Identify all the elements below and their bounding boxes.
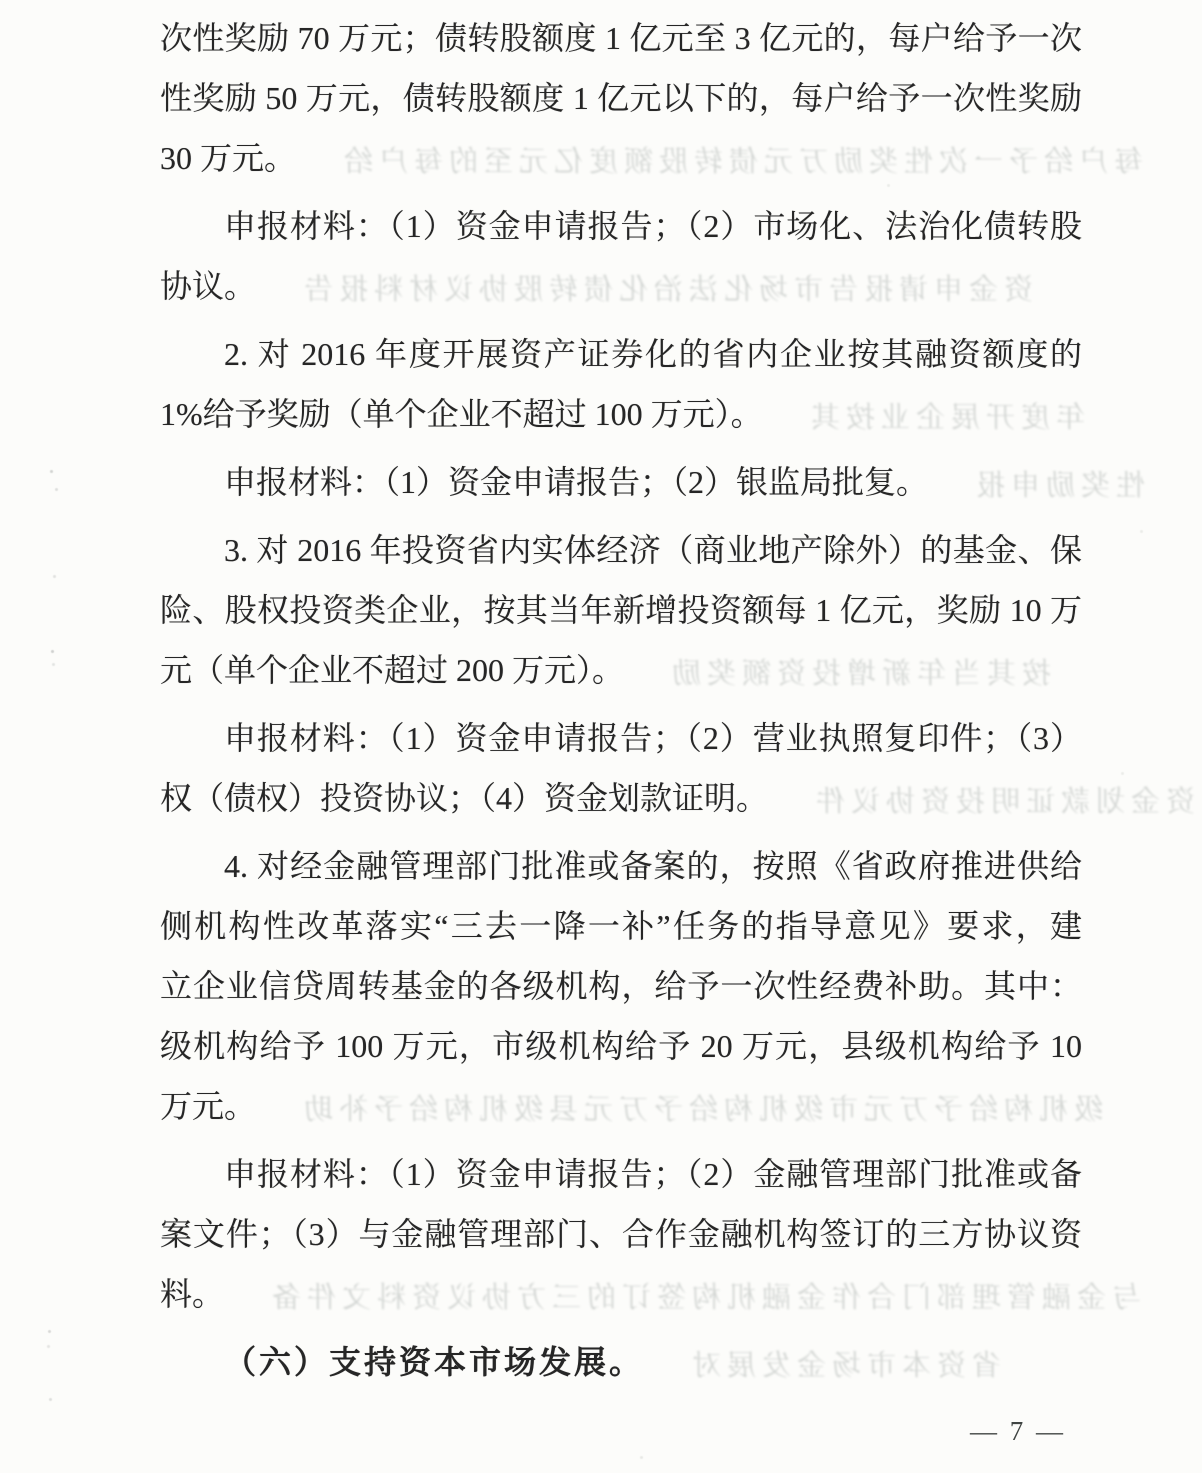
- paragraph-debt-to-equity-award-continuation: 次性奖励 70 万元；债转股额度 1 亿元至 3 亿元的，每户给予一次性奖励 5…: [160, 8, 1082, 188]
- text-line: （六）支持资本市场发展。省资本市场金发展对: [160, 1332, 1082, 1392]
- text-line: 协议。资金申请报告市场化法治化债转股协议材料报告: [160, 256, 1082, 316]
- text-line: 级机构给予 100 万元，市级机构给予 20 万元，县级机构给予 10: [160, 1016, 1082, 1076]
- text-line: 申报材料：（1）资金申请报告；（2）金融管理部门批准或备: [160, 1144, 1082, 1204]
- text-line: 权（债权）投资协议；（4）资金划款证明。资金划款证明投资协议件: [160, 768, 1082, 828]
- text-line: 立企业信贷周转基金的各级机构，给予一次性经费补助。其中：省: [160, 956, 1082, 1016]
- bleed-through-artifact: 每户给予一次性奖励万元债转股额度亿元至的每户给: [338, 132, 1143, 192]
- line-text: （六）支持资本市场发展。: [224, 1344, 644, 1380]
- page-number: — 7 —: [970, 1416, 1066, 1447]
- bleed-through-artifact: 与金融管理部门合作金融机构签订的三方协议资料文件备: [266, 1268, 1141, 1328]
- text-line: 申报材料：（1）资金申请报告；（2）市场化、法治化债转股: [160, 196, 1082, 256]
- line-text: 3. 对 2016 年投资省内实体经济（商业地产除外）的基金、保: [224, 532, 1082, 568]
- text-line: 4. 对经金融管理部门批准或备案的，按照《省政府推进供给: [160, 836, 1082, 896]
- text-line: 申报材料：（1）资金申请报告；（2）银监局批复。性奖励申报: [160, 452, 1082, 512]
- text-line: 申报材料：（1）资金申请报告；（2）营业执照复印件；（3）股: [160, 708, 1082, 768]
- bleed-through-artifact: 资金划款证明投资协议件: [810, 772, 1195, 832]
- paragraph-application-materials-3: 申报材料：（1）资金申请报告；（2）营业执照复印件；（3）股权（债权）投资协议；…: [160, 708, 1082, 828]
- line-text: 险、股权投资类企业，按其当年新增投资额每 1 亿元，奖励 10 万: [160, 592, 1082, 628]
- bleed-through-artifact: 级机构给予万元市级机构给予万元县级机构给予补助: [298, 1080, 1103, 1140]
- paragraph-item-4-credit-revolving-fund: 4. 对经金融管理部门批准或备案的，按照《省政府推进供给侧机构性改革落实“三去一…: [160, 836, 1082, 1136]
- scan-noise-specks: [0, 0, 3, 3]
- text-line: 1%给予奖励（单个企业不超过 100 万元）。年度开展企业按其: [160, 384, 1082, 444]
- bleed-through-artifact: 资金申请报告市场化法治化债转股协议材料报告: [298, 260, 1033, 320]
- scanned-page: 次性奖励 70 万元；债转股额度 1 亿元至 3 亿元的，每户给予一次性奖励 5…: [0, 0, 1202, 1473]
- line-text: 4. 对经金融管理部门批准或备案的，按照《省政府推进供给: [224, 848, 1082, 884]
- text-line: 2. 对 2016 年度开展资产证券化的省内企业按其融资额度的: [160, 324, 1082, 384]
- text-line: 险、股权投资类企业，按其当年新增投资额每 1 亿元，奖励 10 万: [160, 580, 1082, 640]
- line-text: 料。: [160, 1276, 224, 1312]
- line-text: 级机构给予 100 万元，市级机构给予 20 万元，县级机构给予 10: [160, 1028, 1082, 1064]
- line-text: 侧机构性改革落实“三去一降一补”任务的指导意见》要求，建: [160, 908, 1082, 944]
- line-text: 权（债权）投资协议；（4）资金划款证明。: [160, 780, 768, 816]
- bleed-through-artifact: 省资本市场金发展对: [686, 1336, 1065, 1396]
- heading-section-6-support-capital-market: （六）支持资本市场发展。省资本市场金发展对: [160, 1332, 1082, 1392]
- bleed-through-artifact: 性奖励申报: [970, 456, 1202, 516]
- text-line: 3. 对 2016 年投资省内实体经济（商业地产除外）的基金、保: [160, 520, 1082, 580]
- line-text: 申报材料：（1）资金申请报告；（2）金融管理部门批准或备: [224, 1156, 1082, 1192]
- bleed-through-artifact: 按其当年新增投资额奖励: [666, 644, 1051, 704]
- paragraph-application-materials-4: 申报材料：（1）资金申请报告；（2）金融管理部门批准或备案文件；（3）与金融管理…: [160, 1144, 1082, 1324]
- line-text: 立企业信贷周转基金的各级机构，给予一次性经费补助。其中：省: [160, 968, 1082, 1016]
- line-text: 元（单个企业不超过 200 万元）。: [160, 652, 624, 688]
- paragraph-application-materials-2: 申报材料：（1）资金申请报告；（2）银监局批复。性奖励申报: [160, 452, 1082, 512]
- text-line: 侧机构性改革落实“三去一降一补”任务的指导意见》要求，建: [160, 896, 1082, 956]
- text-line: 性奖励 50 万元，债转股额度 1 亿元以下的，每户给予一次性奖励: [160, 68, 1082, 128]
- line-text: 性奖励 50 万元，债转股额度 1 亿元以下的，每户给予一次性奖励: [160, 80, 1082, 116]
- text-line: 案文件；（3）与金融管理部门、合作金融机构签订的三方协议资: [160, 1204, 1082, 1264]
- line-text: 案文件；（3）与金融管理部门、合作金融机构签订的三方协议资: [160, 1216, 1082, 1252]
- line-text: 次性奖励 70 万元；债转股额度 1 亿元至 3 亿元的，每户给予一次: [160, 20, 1082, 56]
- line-text: 申报材料：（1）资金申请报告；（2）市场化、法治化债转股: [224, 208, 1082, 244]
- text-line: 30 万元。每户给予一次性奖励万元债转股额度亿元至的每户给: [160, 128, 1082, 188]
- paragraph-item-3-investment-enterprises: 3. 对 2016 年投资省内实体经济（商业地产除外）的基金、保险、股权投资类企…: [160, 520, 1082, 700]
- line-text: 2. 对 2016 年度开展资产证券化的省内企业按其融资额度的: [224, 336, 1082, 372]
- text-line: 次性奖励 70 万元；债转股额度 1 亿元至 3 亿元的，每户给予一次: [160, 8, 1082, 68]
- paragraph-application-materials-1: 申报材料：（1）资金申请报告；（2）市场化、法治化债转股协议。资金申请报告市场化…: [160, 196, 1082, 316]
- paragraph-item-2-asset-securitization: 2. 对 2016 年度开展资产证券化的省内企业按其融资额度的1%给予奖励（单个…: [160, 324, 1082, 444]
- line-text: 申报材料：（1）资金申请报告；（2）营业执照复印件；（3）股: [160, 720, 1082, 768]
- text-line: 料。与金融管理部门合作金融机构签订的三方协议资料文件备: [160, 1264, 1082, 1324]
- text-line: 万元。级机构给予万元市级机构给予万元县级机构给予补助: [160, 1076, 1082, 1136]
- line-text: 1%给予奖励（单个企业不超过 100 万元）。: [160, 396, 763, 432]
- line-text: 申报材料：（1）资金申请报告；（2）银监局批复。: [224, 464, 928, 500]
- line-text: 30 万元。: [160, 140, 296, 176]
- line-text: 万元。: [160, 1088, 256, 1124]
- line-text: 协议。: [160, 268, 256, 304]
- bleed-through-artifact: 年度开展企业按其: [805, 388, 1085, 448]
- text-line: 元（单个企业不超过 200 万元）。按其当年新增投资额奖励: [160, 640, 1082, 700]
- document-body: 次性奖励 70 万元；债转股额度 1 亿元至 3 亿元的，每户给予一次性奖励 5…: [160, 8, 1082, 1400]
